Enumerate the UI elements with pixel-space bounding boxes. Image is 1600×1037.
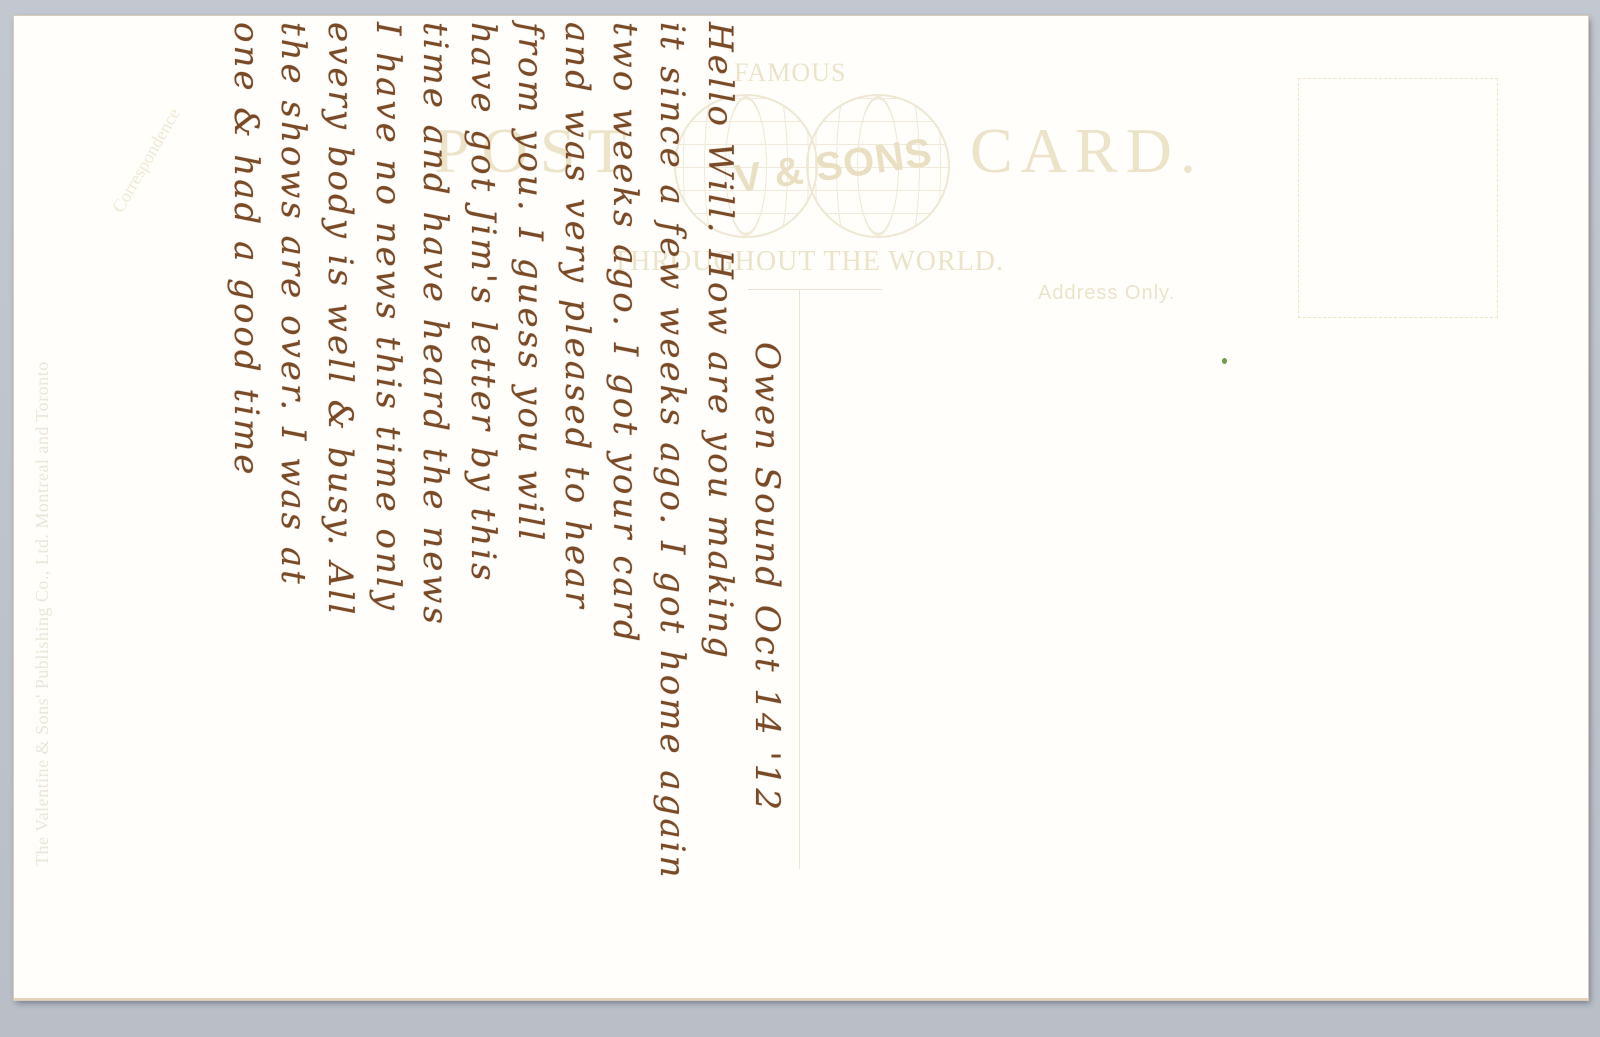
message-line: it since a few weeks ago. I got home aga…: [648, 22, 695, 1000]
message-line: two weeks ago. I got your card: [600, 22, 647, 1000]
message-line: Hello Will. How are you making: [695, 22, 742, 1000]
message-dateline: Owen Sound Oct 14 '12: [743, 22, 790, 1000]
message-line: have got Jim's letter by this: [458, 22, 505, 1000]
postcard-back: FAMOUS POST V & SONS CARD. THROUGHOUT TH…: [14, 16, 1588, 1000]
message-line: every body is well & busy. All: [316, 22, 363, 1000]
printed-card-text: CARD.: [970, 114, 1204, 188]
ink-blemish: [1222, 358, 1227, 364]
message-line: and was very pleased to hear: [553, 22, 600, 1000]
card-edge: [14, 998, 1588, 1000]
message-line: the shows are over. I was at: [269, 22, 316, 1000]
message-line: from you. I guess you will: [506, 22, 553, 1000]
message-line: one & had a good time: [221, 22, 268, 1000]
message-line: I have no news this time only: [363, 22, 410, 1000]
stamp-box: [1298, 78, 1498, 318]
divider-vertical: [799, 289, 800, 869]
address-only-label: Address Only.: [1038, 282, 1175, 305]
handwritten-message: Owen Sound Oct 14 '12 Hello Will. How ar…: [30, 22, 790, 1000]
message-line: time and have heard the news: [411, 22, 458, 1000]
